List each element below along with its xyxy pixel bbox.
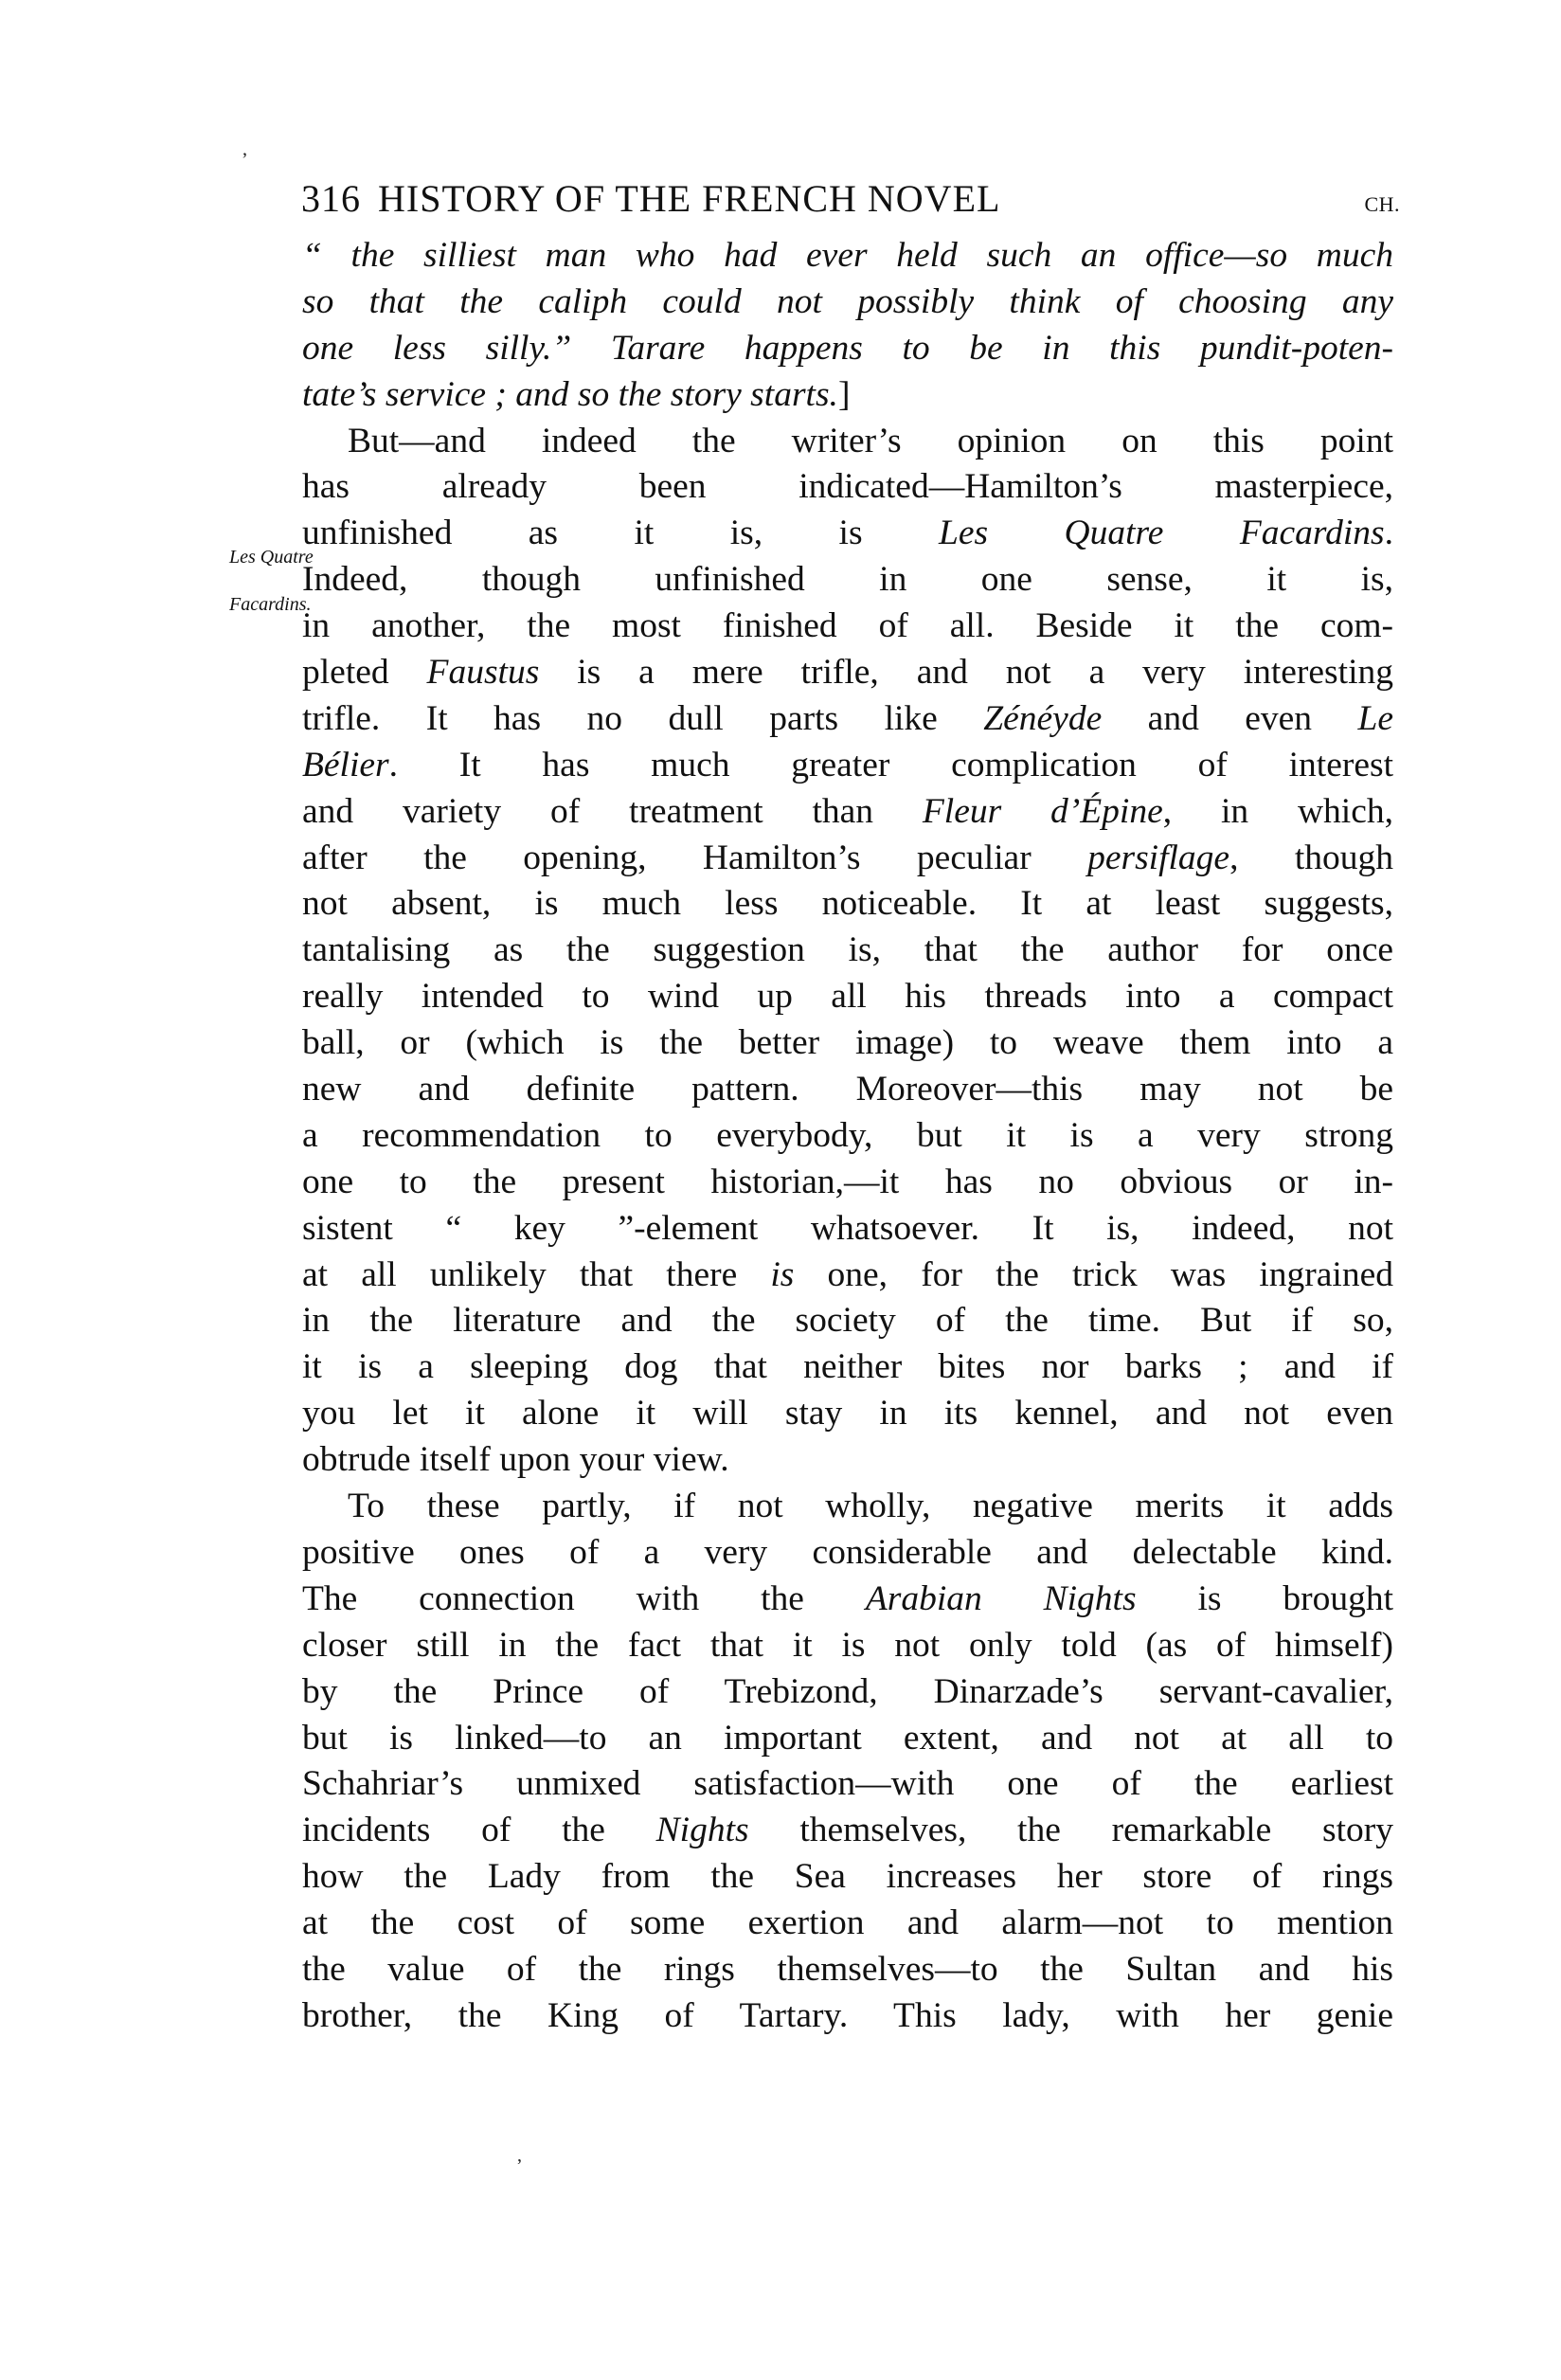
text-segment: tantalising as the suggestion is, that t…	[302, 930, 1393, 969]
italic-text-segment: is	[770, 1255, 794, 1294]
text-line: “ the silliest man who had ever held suc…	[302, 233, 1393, 279]
text-segment: in the literature and the society of the…	[302, 1301, 1393, 1340]
text-line: incidents of the Nights themselves, the …	[302, 1808, 1393, 1854]
text-line: Bélier. It has much greater complication…	[302, 743, 1393, 789]
text-segment: and even	[1102, 699, 1357, 738]
text-segment: But—and indeed the writer’s opinion on t…	[348, 422, 1393, 460]
text-line: has already been indicated—Hamilton’s ma…	[302, 464, 1393, 511]
text-segment: unfinished as it is, is	[302, 514, 939, 552]
margin-note-line-2: Facardins.	[229, 581, 297, 628]
text-segment: after the opening, Hamilton’s peculiar	[302, 838, 1087, 877]
text-line: closer still in the fact that it is not …	[302, 1623, 1393, 1669]
text-line: how the Lady from the Sea increases her …	[302, 1854, 1393, 1901]
text-line: unfinished as it is, is Les Quatre Facar…	[302, 511, 1393, 557]
italic-text-segment: one less silly.” Tarare happens to be in…	[302, 329, 1393, 368]
text-line: brother, the King of Tartary. This lady,…	[302, 1993, 1393, 2040]
margin-note: Les Quatre Facardins.	[229, 533, 297, 628]
text-segment: sistent “ key ”-element whatsoever. It i…	[302, 1209, 1393, 1248]
text-segment: the value of the rings themselves—to the…	[302, 1950, 1393, 1989]
text-segment: Indeed, though unfinished in one sense, …	[302, 560, 1393, 599]
text-segment: obtrude itself upon your view.	[302, 1440, 729, 1479]
italic-text-segment: Arabian Nights	[866, 1579, 1137, 1618]
text-line: To these partly, if not wholly, negative…	[302, 1484, 1393, 1530]
text-segment: .	[1385, 514, 1393, 552]
text-line: sistent “ key ”-element whatsoever. It i…	[302, 1206, 1393, 1253]
text-segment: at the cost of some exertion and alarm—n…	[302, 1903, 1393, 1942]
text-line: you let it alone it will stay in its ken…	[302, 1391, 1393, 1437]
text-segment: themselves, the remarkable story	[749, 1811, 1393, 1849]
text-line: in another, the most finished of all. Be…	[302, 604, 1393, 650]
italic-text-segment: Bélier	[302, 746, 389, 784]
chapter-abbreviation: CH.	[1364, 192, 1400, 217]
text-segment: it is a sleeping dog that neither bites …	[302, 1347, 1393, 1386]
italic-text-segment: “ the silliest man who had ever held suc…	[302, 236, 1393, 275]
text-segment: and variety of treatment than	[302, 792, 923, 831]
text-line: by the Prince of Trebizond, Dinarzade’s …	[302, 1669, 1393, 1716]
italic-text-segment: Faustus	[427, 653, 540, 692]
text-line: after the opening, Hamilton’s peculiar p…	[302, 836, 1393, 882]
text-line: pleted Faustus is a mere trifle, and not…	[302, 650, 1393, 696]
text-line: at all unlikely that there is one, for t…	[302, 1253, 1393, 1299]
italic-text-segment: so that the caliph could not possibly th…	[302, 282, 1393, 321]
text-line: tate’s service ; and so the story starts…	[302, 372, 1393, 419]
text-line: not absent, is much less noticeable. It …	[302, 881, 1393, 928]
text-segment: in another, the most finished of all. Be…	[302, 606, 1393, 645]
text-segment: a recommendation to everybody, but it is…	[302, 1116, 1393, 1155]
text-line: ball, or (which is the better image) to …	[302, 1020, 1393, 1067]
margin-note-line-1: Les Quatre	[229, 533, 297, 581]
text-segment: but is linked—to an important extent, an…	[302, 1719, 1393, 1758]
text-segment: is a mere trifle, and not a very interes…	[539, 653, 1393, 692]
text-segment: has already been indicated—Hamilton’s ma…	[302, 467, 1393, 506]
stray-ink-mark-bottom: ,	[517, 2145, 522, 2167]
italic-text-segment: persiflage	[1087, 838, 1229, 877]
running-head: 316 HISTORY OF THE FRENCH NOVEL CH.	[301, 176, 1400, 225]
stray-ink-mark-top: ʼ	[242, 150, 248, 171]
book-page: ʼ 316 HISTORY OF THE FRENCH NOVEL CH. Le…	[0, 0, 1561, 2380]
text-line: Schahriar’s unmixed satisfaction—with on…	[302, 1761, 1393, 1808]
text-segment: , though	[1229, 838, 1393, 877]
text-segment: you let it alone it will stay in its ken…	[302, 1394, 1393, 1433]
text-segment: one, for the trick was ingrained	[794, 1255, 1393, 1294]
text-segment: . It has much greater complication of in…	[389, 746, 1393, 784]
text-line: one to the present historian,—it has no …	[302, 1160, 1393, 1206]
page-number: 316	[301, 176, 361, 221]
text-segment: To these partly, if not wholly, negative…	[348, 1487, 1393, 1525]
text-line: Indeed, though unfinished in one sense, …	[302, 557, 1393, 604]
text-segment: ]	[838, 375, 851, 414]
text-segment: really intended to wind up all his threa…	[302, 977, 1393, 1016]
text-line: at the cost of some exertion and alarm—n…	[302, 1901, 1393, 1947]
text-line: it is a sleeping dog that neither bites …	[302, 1344, 1393, 1391]
text-segment: positive ones of a very considerable and…	[302, 1533, 1393, 1572]
text-line: in the literature and the society of the…	[302, 1298, 1393, 1344]
text-segment: at all unlikely that there	[302, 1255, 770, 1294]
text-line: and variety of treatment than Fleur d’Ép…	[302, 789, 1393, 836]
italic-text-segment: Les Quatre Facardins	[939, 514, 1385, 552]
text-line: so that the caliph could not possibly th…	[302, 279, 1393, 326]
text-segment: pleted	[302, 653, 427, 692]
text-segment: by the Prince of Trebizond, Dinarzade’s …	[302, 1672, 1393, 1711]
text-segment: incidents of the	[302, 1811, 656, 1849]
text-segment: The connection with the	[302, 1579, 866, 1618]
text-segment: how the Lady from the Sea increases her …	[302, 1857, 1393, 1896]
text-segment: one to the present historian,—it has no …	[302, 1163, 1393, 1201]
italic-text-segment: Zénéyde	[983, 699, 1102, 738]
text-segment: is brought	[1137, 1579, 1393, 1618]
text-segment: brother, the King of Tartary. This lady,…	[302, 1996, 1393, 2035]
text-line: obtrude itself upon your view.	[302, 1437, 1393, 1484]
text-segment: new and definite pattern. Moreover—this …	[302, 1070, 1393, 1109]
text-segment: Schahriar’s unmixed satisfaction—with on…	[302, 1764, 1393, 1803]
italic-text-segment: Nights	[656, 1811, 749, 1849]
italic-text-segment: Le	[1358, 699, 1394, 738]
book-title: HISTORY OF THE FRENCH NOVEL	[378, 176, 1364, 221]
text-line: positive ones of a very considerable and…	[302, 1530, 1393, 1577]
text-segment: closer still in the fact that it is not …	[302, 1626, 1393, 1665]
text-line: really intended to wind up all his threa…	[302, 974, 1393, 1020]
text-segment: ball, or (which is the better image) to …	[302, 1023, 1393, 1062]
text-line: tantalising as the suggestion is, that t…	[302, 928, 1393, 974]
italic-text-segment: Fleur d’Épine	[923, 792, 1163, 831]
text-line: but is linked—to an important extent, an…	[302, 1716, 1393, 1762]
text-line: new and definite pattern. Moreover—this …	[302, 1067, 1393, 1113]
text-segment: not absent, is much less noticeable. It …	[302, 884, 1393, 923]
text-line: trifle. It has no dull parts like Zénéyd…	[302, 696, 1393, 743]
text-line: the value of the rings themselves—to the…	[302, 1947, 1393, 1993]
text-line: The connection with the Arabian Nights i…	[302, 1577, 1393, 1623]
text-segment: trifle. It has no dull parts like	[302, 699, 983, 738]
text-line: one less silly.” Tarare happens to be in…	[302, 326, 1393, 372]
italic-text-segment: tate’s service ; and so the story starts…	[302, 375, 838, 414]
text-line: But—and indeed the writer’s opinion on t…	[302, 419, 1393, 465]
body-text: “ the silliest man who had ever held suc…	[302, 233, 1393, 2040]
text-line: a recommendation to everybody, but it is…	[302, 1113, 1393, 1160]
text-segment: , in which,	[1163, 792, 1393, 831]
